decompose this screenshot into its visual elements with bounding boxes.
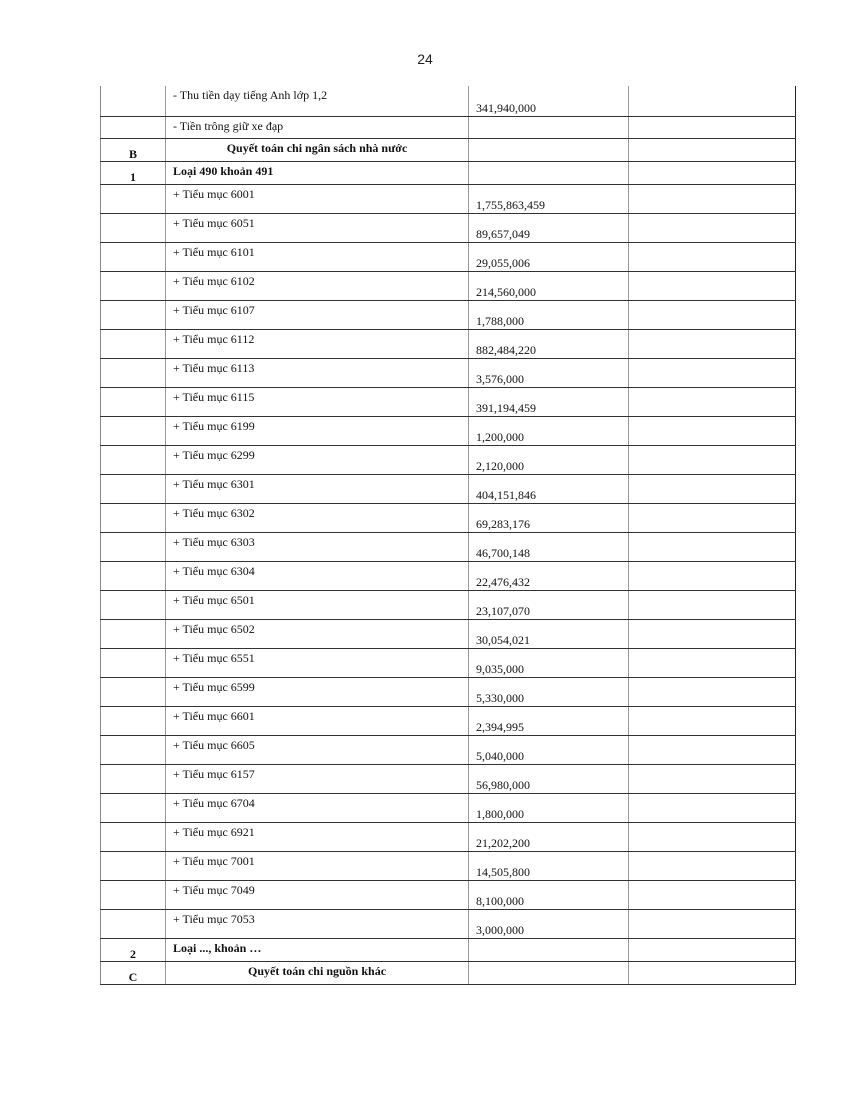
section-b-row: B Quyết toán chi ngân sách nhà nước (101, 139, 796, 162)
group-2-row: 2 Loại ..., khoản … (101, 939, 796, 962)
row-label: + Tiểu mục 6502 (166, 620, 468, 636)
code-cell (101, 475, 166, 504)
amount-cell: 30,054,021 (469, 620, 629, 649)
amount-cell: 214,560,000 (469, 272, 629, 301)
note-cell (629, 330, 796, 359)
note-cell (629, 214, 796, 243)
label-cell: + Tiểu mục 6605 (166, 736, 469, 765)
label-cell: + Tiểu mục 6704 (166, 794, 469, 823)
table-row: + Tiểu mục 6115391,194,459 (101, 388, 796, 417)
row-label: + Tiểu mục 7049 (166, 881, 468, 897)
code-cell (101, 504, 166, 533)
row-label: + Tiểu mục 6599 (166, 678, 468, 694)
note-cell (629, 446, 796, 475)
section-code: C (101, 962, 165, 984)
row-label: + Tiểu mục 6704 (166, 794, 468, 810)
amount-cell: 341,940,000 (469, 86, 629, 117)
code-cell (101, 649, 166, 678)
amount-cell: 1,800,000 (469, 794, 629, 823)
table-row: + Tiểu mục 65519,035,000 (101, 649, 796, 678)
row-amount: 882,484,220 (476, 343, 536, 357)
amount-cell: 14,505,800 (469, 852, 629, 881)
row-amount: 8,100,000 (476, 894, 524, 908)
row-amount: 1,200,000 (476, 430, 524, 444)
table-row: + Tiểu mục 61991,200,000 (101, 417, 796, 446)
label-cell: - Tiền trông giữ xe đạp (166, 117, 469, 139)
table-row: + Tiểu mục 61133,576,000 (101, 359, 796, 388)
amount-cell: 69,283,176 (469, 504, 629, 533)
label-cell: + Tiểu mục 7049 (166, 881, 469, 910)
note-cell (629, 301, 796, 330)
label-cell: + Tiểu mục 6113 (166, 359, 469, 388)
row-amount: 14,505,800 (476, 865, 530, 879)
code-cell (101, 388, 166, 417)
row-amount: 214,560,000 (476, 285, 536, 299)
row-label: + Tiểu mục 6051 (166, 214, 468, 230)
code-cell: 2 (101, 939, 166, 962)
label-cell: + Tiểu mục 6001 (166, 185, 469, 214)
amount-cell: 89,657,049 (469, 214, 629, 243)
label-cell: + Tiểu mục 6199 (166, 417, 469, 446)
note-cell (629, 162, 796, 185)
note-cell (629, 417, 796, 446)
row-amount: 341,940,000 (476, 101, 536, 115)
note-cell (629, 388, 796, 417)
row-amount: 2,394,995 (476, 720, 524, 734)
note-cell (629, 881, 796, 910)
row-label: + Tiểu mục 6304 (166, 562, 468, 578)
amount-cell: 9,035,000 (469, 649, 629, 678)
amount-cell: 5,040,000 (469, 736, 629, 765)
note-cell (629, 359, 796, 388)
code-cell (101, 86, 166, 117)
table-row: + Tiểu mục 630422,476,432 (101, 562, 796, 591)
row-amount: 21,202,200 (476, 836, 530, 850)
note-cell (629, 678, 796, 707)
label-cell: + Tiểu mục 6304 (166, 562, 469, 591)
row-label: + Tiểu mục 6605 (166, 736, 468, 752)
label-cell: Quyết toán chi nguồn khác (166, 962, 469, 985)
row-label: + Tiểu mục 6113 (166, 359, 468, 375)
code-cell: 1 (101, 162, 166, 185)
table-row: + Tiểu mục 66055,040,000 (101, 736, 796, 765)
group-title: Loại 490 khoản 491 (166, 162, 468, 178)
amount-cell (469, 139, 629, 162)
row-label: + Tiểu mục 6199 (166, 417, 468, 433)
code-cell (101, 620, 166, 649)
budget-settlement-table: - Thu tiền dạy tiếng Anh lớp 1,2 341,940… (100, 86, 796, 985)
row-label: + Tiểu mục 6001 (166, 185, 468, 201)
table-row: + Tiểu mục 70498,100,000 (101, 881, 796, 910)
section-c-row: C Quyết toán chi nguồn khác (101, 962, 796, 985)
code-cell (101, 243, 166, 272)
row-amount: 5,040,000 (476, 749, 524, 763)
amount-cell: 2,120,000 (469, 446, 629, 475)
amount-cell: 5,330,000 (469, 678, 629, 707)
amount-cell: 391,194,459 (469, 388, 629, 417)
row-amount: 30,054,021 (476, 633, 530, 647)
note-cell (629, 939, 796, 962)
amount-cell (469, 117, 629, 139)
code-cell (101, 881, 166, 910)
section-code: B (101, 139, 165, 161)
code-cell (101, 446, 166, 475)
code-cell (101, 765, 166, 794)
table-row: + Tiểu mục 630269,283,176 (101, 504, 796, 533)
label-cell: - Thu tiền dạy tiếng Anh lớp 1,2 (166, 86, 469, 117)
row-amount: 404,151,846 (476, 488, 536, 502)
table-row: - Tiền trông giữ xe đạp (101, 117, 796, 139)
amount-cell: 23,107,070 (469, 591, 629, 620)
row-amount: 391,194,459 (476, 401, 536, 415)
table-row: - Thu tiền dạy tiếng Anh lớp 1,2 341,940… (101, 86, 796, 117)
row-label: + Tiểu mục 7001 (166, 852, 468, 868)
row-amount: 3,576,000 (476, 372, 524, 386)
amount-cell: 46,700,148 (469, 533, 629, 562)
code-cell (101, 214, 166, 243)
row-label: + Tiểu mục 6107 (166, 301, 468, 317)
table-row: + Tiểu mục 692121,202,200 (101, 823, 796, 852)
table-row: + Tiểu mục 65995,330,000 (101, 678, 796, 707)
row-label: + Tiểu mục 7053 (166, 910, 468, 926)
code-cell (101, 910, 166, 939)
label-cell: + Tiểu mục 6157 (166, 765, 469, 794)
row-label: + Tiểu mục 6102 (166, 272, 468, 288)
code-cell (101, 736, 166, 765)
table-row: + Tiểu mục 6301404,151,846 (101, 475, 796, 504)
row-label: + Tiểu mục 6551 (166, 649, 468, 665)
table-row: + Tiểu mục 70533,000,000 (101, 910, 796, 939)
code-cell (101, 117, 166, 139)
table-row: + Tiểu mục 66012,394,995 (101, 707, 796, 736)
table-row: + Tiểu mục 630346,700,148 (101, 533, 796, 562)
table-row: + Tiểu mục 605189,657,049 (101, 214, 796, 243)
table-row: + Tiểu mục 615756,980,000 (101, 765, 796, 794)
amount-cell: 29,055,006 (469, 243, 629, 272)
table-row: + Tiểu mục 6102214,560,000 (101, 272, 796, 301)
code-cell (101, 794, 166, 823)
row-label: + Tiểu mục 6299 (166, 446, 468, 462)
amount-cell (469, 962, 629, 985)
row-label: - Thu tiền dạy tiếng Anh lớp 1,2 (166, 86, 468, 102)
note-cell (629, 649, 796, 678)
label-cell: + Tiểu mục 6501 (166, 591, 469, 620)
page-number: 24 (0, 51, 850, 67)
row-label: + Tiểu mục 6301 (166, 475, 468, 491)
section-title: Quyết toán chi ngân sách nhà nước (166, 139, 468, 155)
row-amount: 1,755,863,459 (476, 198, 545, 212)
label-cell: Loại 490 khoản 491 (166, 162, 469, 185)
note-cell (629, 962, 796, 985)
row-amount: 89,657,049 (476, 227, 530, 241)
group-code: 2 (101, 939, 165, 961)
note-cell (629, 591, 796, 620)
code-cell (101, 301, 166, 330)
amount-cell: 8,100,000 (469, 881, 629, 910)
amount-cell: 22,476,432 (469, 562, 629, 591)
row-label: + Tiểu mục 6921 (166, 823, 468, 839)
note-cell (629, 504, 796, 533)
code-cell (101, 330, 166, 359)
amount-cell: 1,788,000 (469, 301, 629, 330)
row-label: + Tiểu mục 6601 (166, 707, 468, 723)
row-label: - Tiền trông giữ xe đạp (166, 117, 468, 133)
code-cell (101, 707, 166, 736)
code-cell: B (101, 139, 166, 162)
label-cell: + Tiểu mục 6299 (166, 446, 469, 475)
row-amount: 69,283,176 (476, 517, 530, 531)
note-cell (629, 117, 796, 139)
row-label: + Tiểu mục 6157 (166, 765, 468, 781)
section-title: Quyết toán chi nguồn khác (166, 962, 468, 978)
amount-cell: 21,202,200 (469, 823, 629, 852)
table-row: + Tiểu mục 62992,120,000 (101, 446, 796, 475)
amount-cell: 1,755,863,459 (469, 185, 629, 214)
row-amount: 5,330,000 (476, 691, 524, 705)
table-row: + Tiểu mục 610129,055,006 (101, 243, 796, 272)
label-cell: + Tiểu mục 6101 (166, 243, 469, 272)
note-cell (629, 562, 796, 591)
label-cell: Loại ..., khoản … (166, 939, 469, 962)
row-amount: 29,055,006 (476, 256, 530, 270)
code-cell (101, 591, 166, 620)
row-amount: 46,700,148 (476, 546, 530, 560)
table-row: + Tiểu mục 650230,054,021 (101, 620, 796, 649)
amount-cell (469, 162, 629, 185)
amount-cell: 2,394,995 (469, 707, 629, 736)
label-cell: Quyết toán chi ngân sách nhà nước (166, 139, 469, 162)
label-cell: + Tiểu mục 6107 (166, 301, 469, 330)
label-cell: + Tiểu mục 6599 (166, 678, 469, 707)
note-cell (629, 475, 796, 504)
row-amount: 22,476,432 (476, 575, 530, 589)
row-amount: 23,107,070 (476, 604, 530, 618)
code-cell (101, 272, 166, 301)
code-cell: C (101, 962, 166, 985)
label-cell: + Tiểu mục 7053 (166, 910, 469, 939)
amount-cell: 56,980,000 (469, 765, 629, 794)
label-cell: + Tiểu mục 6303 (166, 533, 469, 562)
amount-cell: 3,576,000 (469, 359, 629, 388)
row-label: + Tiểu mục 6303 (166, 533, 468, 549)
group-title: Loại ..., khoản … (166, 939, 468, 955)
label-cell: + Tiểu mục 7001 (166, 852, 469, 881)
row-amount: 9,035,000 (476, 662, 524, 676)
group-code: 1 (101, 162, 165, 184)
label-cell: + Tiểu mục 6551 (166, 649, 469, 678)
row-amount: 2,120,000 (476, 459, 524, 473)
note-cell (629, 86, 796, 117)
label-cell: + Tiểu mục 6112 (166, 330, 469, 359)
row-label: + Tiểu mục 6302 (166, 504, 468, 520)
code-cell (101, 852, 166, 881)
label-cell: + Tiểu mục 6601 (166, 707, 469, 736)
note-cell (629, 185, 796, 214)
table-row: + Tiểu mục 6112882,484,220 (101, 330, 796, 359)
row-amount: 1,788,000 (476, 314, 524, 328)
note-cell (629, 765, 796, 794)
label-cell: + Tiểu mục 6302 (166, 504, 469, 533)
amount-cell: 404,151,846 (469, 475, 629, 504)
table-row: + Tiểu mục 61071,788,000 (101, 301, 796, 330)
note-cell (629, 272, 796, 301)
row-amount: 3,000,000 (476, 923, 524, 937)
label-cell: + Tiểu mục 6301 (166, 475, 469, 504)
row-amount: 1,800,000 (476, 807, 524, 821)
table-row: + Tiểu mục 700114,505,800 (101, 852, 796, 881)
note-cell (629, 910, 796, 939)
label-cell: + Tiểu mục 6502 (166, 620, 469, 649)
row-label: + Tiểu mục 6112 (166, 330, 468, 346)
label-cell: + Tiểu mục 6102 (166, 272, 469, 301)
row-amount: 56,980,000 (476, 778, 530, 792)
amount-cell: 1,200,000 (469, 417, 629, 446)
amount-cell (469, 939, 629, 962)
note-cell (629, 852, 796, 881)
group-1-row: 1 Loại 490 khoản 491 (101, 162, 796, 185)
row-label: + Tiểu mục 6501 (166, 591, 468, 607)
row-label: + Tiểu mục 6115 (166, 388, 468, 404)
code-cell (101, 823, 166, 852)
amount-cell: 3,000,000 (469, 910, 629, 939)
code-cell (101, 359, 166, 388)
code-cell (101, 562, 166, 591)
note-cell (629, 620, 796, 649)
table-row: + Tiểu mục 67041,800,000 (101, 794, 796, 823)
note-cell (629, 707, 796, 736)
label-cell: + Tiểu mục 6051 (166, 214, 469, 243)
note-cell (629, 736, 796, 765)
code-cell (101, 185, 166, 214)
label-cell: + Tiểu mục 6921 (166, 823, 469, 852)
table-row: + Tiểu mục 60011,755,863,459 (101, 185, 796, 214)
code-cell (101, 417, 166, 446)
row-label: + Tiểu mục 6101 (166, 243, 468, 259)
note-cell (629, 243, 796, 272)
note-cell (629, 139, 796, 162)
table-row: + Tiểu mục 650123,107,070 (101, 591, 796, 620)
label-cell: + Tiểu mục 6115 (166, 388, 469, 417)
amount-cell: 882,484,220 (469, 330, 629, 359)
code-cell (101, 533, 166, 562)
note-cell (629, 794, 796, 823)
note-cell (629, 533, 796, 562)
note-cell (629, 823, 796, 852)
code-cell (101, 678, 166, 707)
